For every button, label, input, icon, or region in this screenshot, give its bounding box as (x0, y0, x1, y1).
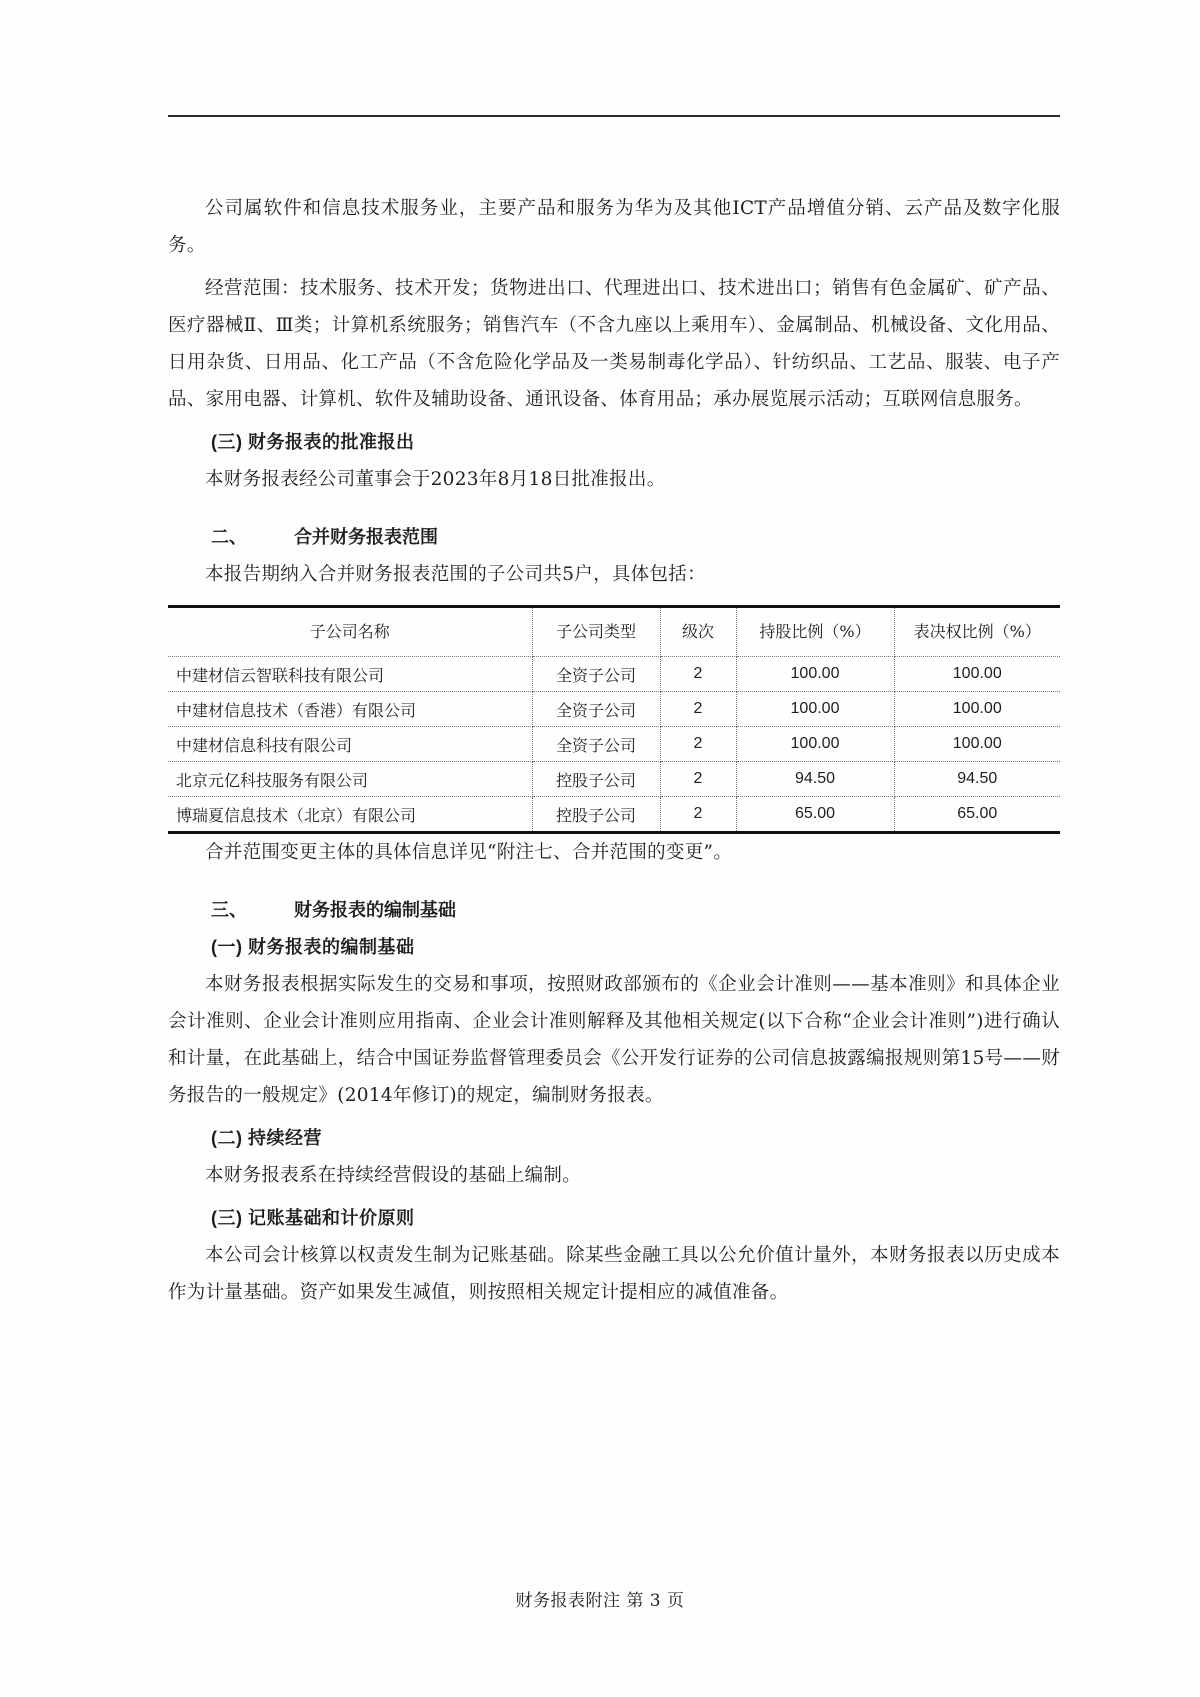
subsidiary-name: 博瑞夏信息技术（北京）有限公司 (168, 797, 532, 833)
accounting-basis-text: 本公司会计核算以权责发生制为记账基础。除某些金融工具以公允价值计量外，本财务报表… (168, 1237, 1060, 1311)
page-footer: 财务报表附注 第 3 页 (0, 1586, 1200, 1611)
subsidiary-name: 中建材信息技术（香港）有限公司 (168, 692, 532, 727)
table-row: 北京元亿科技服务有限公司 控股子公司 2 94.50 94.50 (168, 762, 1060, 797)
subsidiary-type: 控股子公司 (532, 797, 660, 833)
scope-change-note: 合并范围变更主体的具体信息详见“附注七、合并范围的变更”。 (168, 834, 1060, 871)
column-header: 子公司名称 (168, 607, 532, 657)
voting-ratio: 100.00 (894, 657, 1060, 692)
table-row: 中建材信息科技有限公司 全资子公司 2 100.00 100.00 (168, 727, 1060, 762)
voting-ratio: 94.50 (894, 762, 1060, 797)
table-row: 中建材信息技术（香港）有限公司 全资子公司 2 100.00 100.00 (168, 692, 1060, 727)
subsidiary-name: 中建材信息科技有限公司 (168, 727, 532, 762)
shareholding-ratio: 100.00 (736, 657, 894, 692)
subsidiary-type: 全资子公司 (532, 727, 660, 762)
subsidiary-name: 中建材信云智联科技有限公司 (168, 657, 532, 692)
shareholding-ratio: 94.50 (736, 762, 894, 797)
subsidiary-level: 2 (660, 797, 736, 833)
subsidiary-type: 控股子公司 (532, 762, 660, 797)
voting-ratio: 65.00 (894, 797, 1060, 833)
column-header: 级次 (660, 607, 736, 657)
subsidiary-level: 2 (660, 692, 736, 727)
subsidiary-intro: 本报告期纳入合并财务报表范围的子公司共5户，具体包括： (168, 556, 1060, 593)
approval-text: 本财务报表经公司董事会于2023年8月18日批准报出。 (168, 461, 1060, 498)
subsidiary-level: 2 (660, 657, 736, 692)
voting-ratio: 100.00 (894, 727, 1060, 762)
going-concern-text: 本财务报表系在持续经营假设的基础上编制。 (168, 1157, 1060, 1194)
header-rule (168, 115, 1060, 117)
section-number: 二、 (211, 519, 294, 556)
going-concern-heading: (二) 持续经营 (168, 1120, 1060, 1157)
shareholding-ratio: 65.00 (736, 797, 894, 833)
basis-heading: (一) 财务报表的编制基础 (168, 929, 1060, 966)
business-scope-paragraph: 经营范围：技术服务、技术开发；货物进出口、代理进出口、技术进出口；销售有色金属矿… (168, 270, 1060, 418)
section-title: 财务报表的编制基础 (294, 892, 456, 929)
intro-paragraph: 公司属软件和信息技术服务业，主要产品和服务为华为及其他ICT产品增值分销、云产品… (168, 190, 1060, 264)
shareholding-ratio: 100.00 (736, 692, 894, 727)
subsidiary-name: 北京元亿科技服务有限公司 (168, 762, 532, 797)
table-row: 博瑞夏信息技术（北京）有限公司 控股子公司 2 65.00 65.00 (168, 797, 1060, 833)
section-title: 合并财务报表范围 (294, 519, 438, 556)
approval-heading: (三) 财务报表的批准报出 (168, 424, 1060, 461)
column-header: 表决权比例（%） (894, 607, 1060, 657)
subsidiary-level: 2 (660, 762, 736, 797)
subsidiary-type: 全资子公司 (532, 692, 660, 727)
shareholding-ratio: 100.00 (736, 727, 894, 762)
table-header-row: 子公司名称 子公司类型 级次 持股比例（%） 表决权比例（%） (168, 607, 1060, 657)
document-page: 公司属软件和信息技术服务业，主要产品和服务为华为及其他ICT产品增值分销、云产品… (0, 0, 1200, 1697)
voting-ratio: 100.00 (894, 692, 1060, 727)
basis-text: 本财务报表根据实际发生的交易和事项，按照财政部颁布的《企业会计准则——基本准则》… (168, 966, 1060, 1114)
section-two-heading: 二、 合并财务报表范围 (168, 519, 1060, 556)
subsidiaries-table: 子公司名称 子公司类型 级次 持股比例（%） 表决权比例（%） 中建材信云智联科… (168, 605, 1060, 834)
section-three-heading: 三、 财务报表的编制基础 (168, 892, 1060, 929)
accounting-basis-heading: (三) 记账基础和计价原则 (168, 1200, 1060, 1237)
page-content: 公司属软件和信息技术服务业，主要产品和服务为华为及其他ICT产品增值分销、云产品… (168, 190, 1060, 1311)
column-header: 子公司类型 (532, 607, 660, 657)
section-number: 三、 (211, 892, 294, 929)
column-header: 持股比例（%） (736, 607, 894, 657)
subsidiary-level: 2 (660, 727, 736, 762)
table-row: 中建材信云智联科技有限公司 全资子公司 2 100.00 100.00 (168, 657, 1060, 692)
subsidiary-type: 全资子公司 (532, 657, 660, 692)
